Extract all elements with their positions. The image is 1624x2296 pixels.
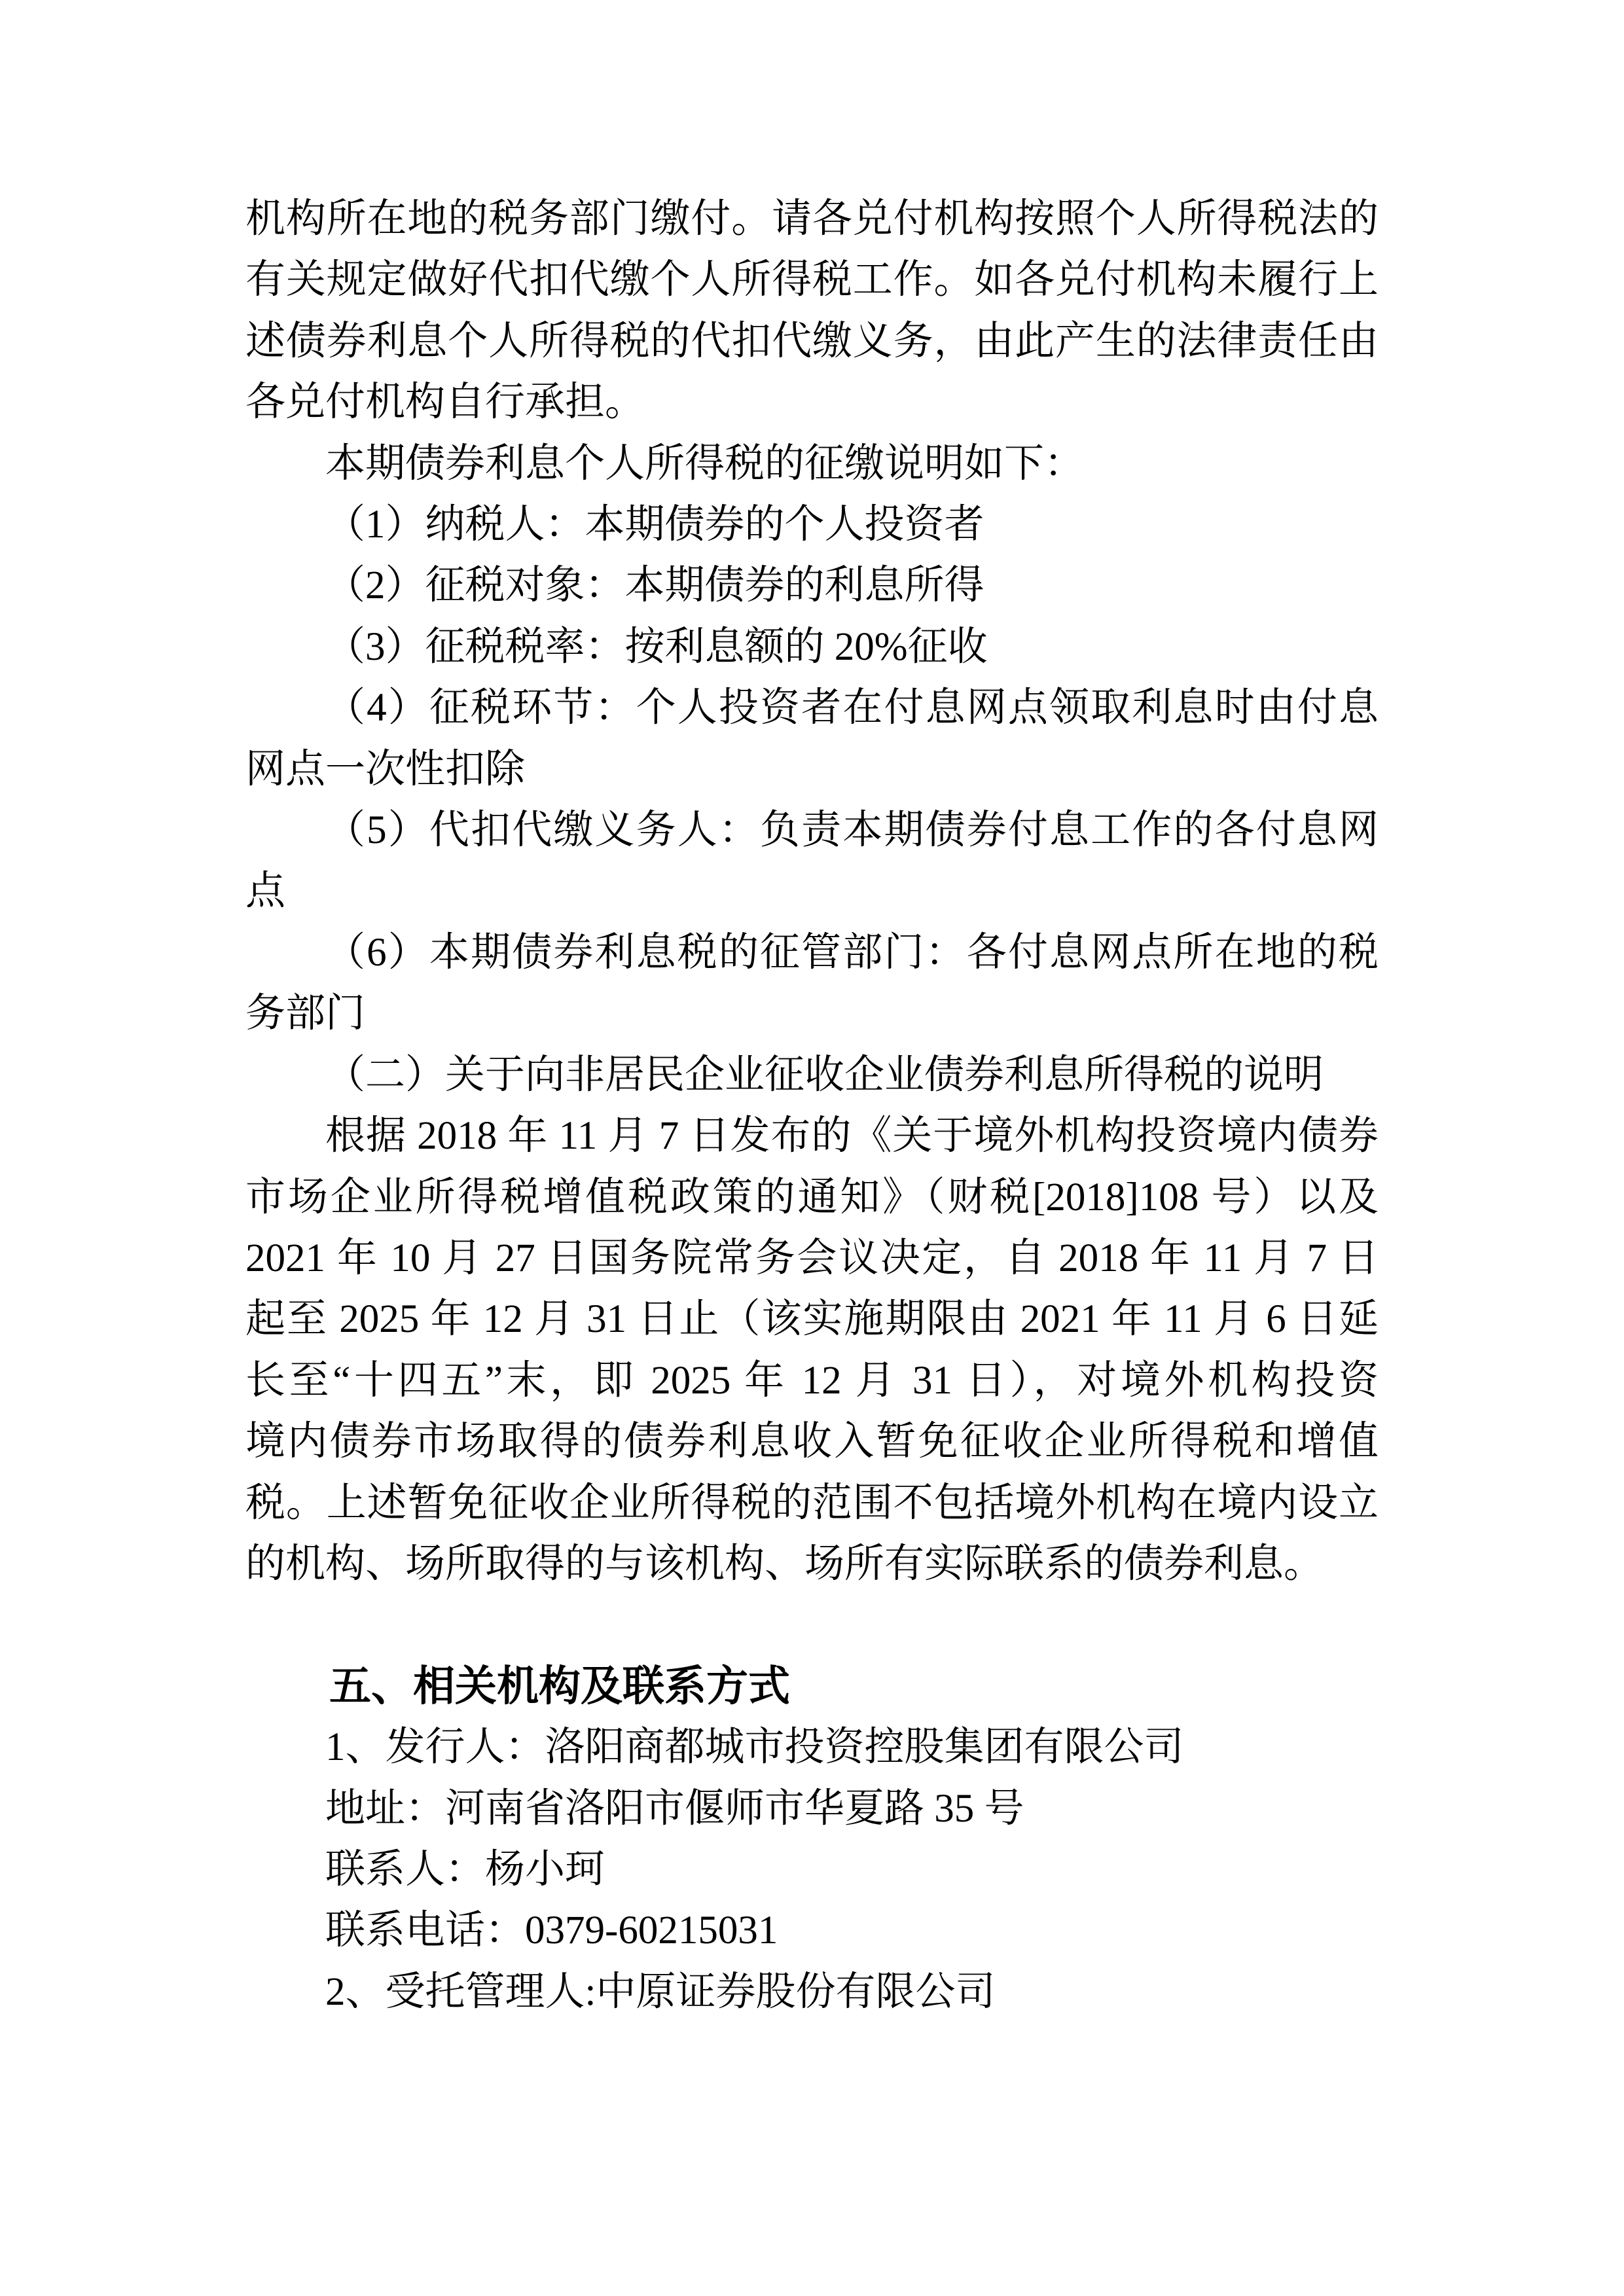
body-text-line: 网点一次性扣除 xyxy=(245,739,1379,800)
tax-item-line: （1）纳税人：本期债券的个人投资者 xyxy=(245,494,1379,555)
page-text-block: 机构所在地的税务部门缴付。请各兑付机构按照个人所得税法的 有关规定做好代扣代缴个… xyxy=(245,188,1379,2022)
issuer-line: 1、发行人：洛阳商都城市投资控股集团有限公司 xyxy=(245,1717,1379,1778)
body-text-line: 长至“十四五”末，即 2025 年 12 月 31 日），对境外机构投资 xyxy=(245,1350,1379,1411)
section-heading: 五、相关机构及联系方式 xyxy=(245,1656,1379,1717)
body-text-line: 根据 2018 年 11 月 7 日发布的《关于境外机构投资境内债券 xyxy=(245,1105,1379,1166)
body-text-line: 的机构、场所取得的与该机构、场所有实际联系的债券利息。 xyxy=(245,1534,1379,1594)
tax-item-line: （3）征税税率：按利息额的 20%征收 xyxy=(245,617,1379,677)
tax-item-line: （4）征税环节：个人投资者在付息网点领取利息时由付息 xyxy=(245,677,1379,738)
body-text-line: 税。上述暂免征收企业所得税的范围不包括境外机构在境内设立 xyxy=(245,1473,1379,1534)
body-text-line: 本期债券利息个人所得税的征缴说明如下： xyxy=(245,433,1379,494)
contact-phone-line: 联系电话：0379-60215031 xyxy=(245,1900,1379,1961)
body-text-line: 述债券利息个人所得税的代扣代缴义务，由此产生的法律责任由 xyxy=(245,311,1379,372)
body-text-line: 各兑付机构自行承担。 xyxy=(245,372,1379,433)
blank-line xyxy=(245,1594,1379,1655)
tax-item-line: （5）代扣代缴义务人：负责本期债券付息工作的各付息网 xyxy=(245,800,1379,861)
tax-item-line: （2）征税对象：本期债券的利息所得 xyxy=(245,555,1379,616)
subsection-title-line: （二）关于向非居民企业征收企业债券利息所得税的说明 xyxy=(245,1045,1379,1105)
body-text-line: 境内债券市场取得的债券利息收入暂免征收企业所得税和增值 xyxy=(245,1411,1379,1472)
tax-item-line: （6）本期债券利息税的征管部门：各付息网点所在地的税 xyxy=(245,922,1379,983)
body-text-line: 市场企业所得税增值税政策的通知》（财税[2018]108 号）以及 xyxy=(245,1167,1379,1228)
contact-person-line: 联系人：杨小珂 xyxy=(245,1839,1379,1900)
body-text-line: 点 xyxy=(245,861,1379,922)
body-text-line: 起至 2025 年 12 月 31 日止（该实施期限由 2021 年 11 月 … xyxy=(245,1289,1379,1350)
trustee-line: 2、受托管理人:中原证券股份有限公司 xyxy=(245,1962,1379,2022)
body-text-line: 机构所在地的税务部门缴付。请各兑付机构按照个人所得税法的 xyxy=(245,188,1379,249)
document-page: 机构所在地的税务部门缴付。请各兑付机构按照个人所得税法的 有关规定做好代扣代缴个… xyxy=(0,0,1624,2296)
body-text-line: 2021 年 10 月 27 日国务院常务会议决定，自 2018 年 11 月 … xyxy=(245,1228,1379,1289)
body-text-line: 务部门 xyxy=(245,983,1379,1044)
issuer-address-line: 地址：河南省洛阳市偃师市华夏路 35 号 xyxy=(245,1778,1379,1839)
body-text-line: 有关规定做好代扣代缴个人所得税工作。如各兑付机构未履行上 xyxy=(245,249,1379,310)
